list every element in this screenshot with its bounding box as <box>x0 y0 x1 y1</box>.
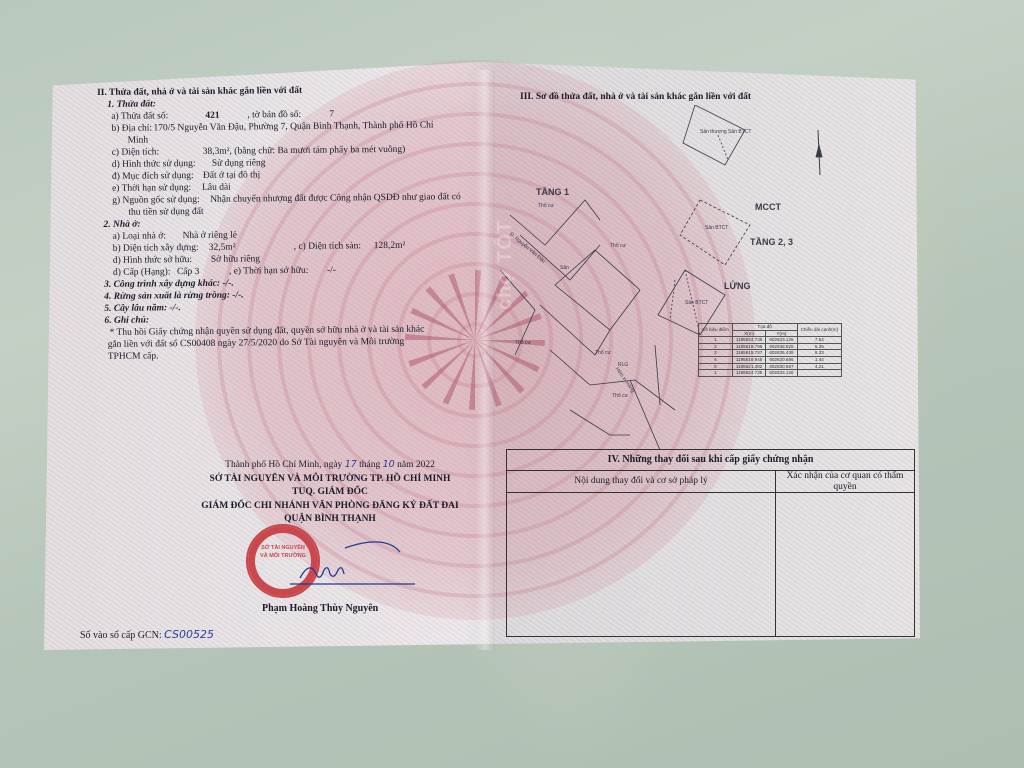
neighbor-label-3: Thổ cư <box>595 350 611 356</box>
house-type-value: Nhà ở riêng lẻ <box>183 231 237 242</box>
coord-cell-y: 602630.666 <box>766 356 797 363</box>
neighbor-label-2: Thổ cư <box>610 243 626 249</box>
floor-label-1: TẦNG 1 <box>536 187 569 197</box>
coord-cell-y: 602638.825 <box>766 343 797 350</box>
slab-label-roof: Sân thượng Sân BTCT <box>700 129 751 135</box>
sign-month: 10 <box>383 459 395 470</box>
coord-cell-x: 1195624.735 <box>732 370 765 377</box>
term-label: e) Thời hạn sử dụng: <box>112 183 191 194</box>
issuing-agency: SỞ TÀI NGUYÊN VÀ MÔI TRƯỜNG TP. HỒ CHÍ M… <box>150 473 510 487</box>
position-line-1: GIÁM ĐỐC CHI NHÁNH VĂN PHÒNG ĐĂNG KÝ ĐẤT… <box>150 500 510 514</box>
own-term-value: -/- <box>327 266 336 276</box>
floor-label-mcct: MCCT <box>755 202 781 212</box>
changes-table: IV. Những thay đổi sau khi cấp giấy chứn… <box>506 449 915 637</box>
coord-cell-point: 1 <box>699 370 733 377</box>
gcn-number: CS00525 <box>164 628 214 641</box>
coord-cell-x: 1195615.787 <box>732 350 765 357</box>
coord-cell-x: 1195621.382 <box>732 363 765 370</box>
parcel-number: 421 <box>205 111 219 121</box>
changes-title: IV. Những thay đổi sau khi cấp giấy chứn… <box>507 450 914 471</box>
coord-cell-point: 4 <box>699 356 733 363</box>
col-x: X(m) <box>732 330 765 337</box>
coord-cell-len: 6.33 <box>797 350 842 357</box>
month-label: tháng <box>359 460 380 470</box>
sign-day: 17 <box>345 459 357 470</box>
origin-value-cont: thu tiền sử dụng đất <box>128 207 203 218</box>
parcel-diagram: TẦNG 1 MCCT TẦNG 2, 3 LỬNG Sân thượng Sâ… <box>500 105 840 450</box>
coord-cell-y: 602635.439 <box>766 350 797 357</box>
signing-block: Thành phố Hồ Chí Minh, ngày 17 tháng 10 … <box>150 458 510 527</box>
signer-name: Phạm Hoàng Thùy Nguyên <box>262 603 378 614</box>
address-value-cont: Minh <box>128 135 149 145</box>
term-value: Lâu dài <box>202 183 231 193</box>
origin-value: Nhận chuyển nhượng đất được Công nhận QS… <box>210 192 461 205</box>
authority-line: TUQ. GIÁM ĐỐC <box>150 486 510 500</box>
slab-label-ground: Sân <box>560 265 569 271</box>
coord-row: 31195615.787602635.4396.33 <box>699 350 842 357</box>
coord-cell-point: 3 <box>699 350 733 357</box>
chotot-watermark: chợ TỐT <box>494 220 517 310</box>
grade-value: Cấp 3 <box>177 267 200 277</box>
map-sheet-number: 7 <box>329 110 334 120</box>
coord-row: 41195619.945602630.6661.44 <box>699 356 842 363</box>
ownership-label: d) Hình thức sở hữu: <box>113 255 192 266</box>
floor-area-value: 128,2m² <box>374 241 406 251</box>
grade-label: d) Cấp (Hạng): <box>113 267 171 278</box>
ownership-value: Sở hữu riêng <box>211 254 260 265</box>
slab-label-mcct: Sân BTCT <box>705 225 728 231</box>
header-divider <box>507 492 914 493</box>
coord-cell-x: 1195619.799 <box>732 343 765 350</box>
coord-cell-len: 4.21 <box>797 363 842 370</box>
changes-col-confirmation: Xác nhận của cơ quan có thẩm quyền <box>776 471 914 492</box>
coord-row: 21195619.799602638.8255.25 <box>699 343 842 350</box>
position-line-2: QUẬN BÌNH THẠNH <box>150 513 510 527</box>
coord-cell-y: 602633.126 <box>766 370 797 377</box>
coord-cell-len: 1.44 <box>797 356 842 363</box>
gcn-label: Số vào sổ cấp GCN: <box>80 630 162 641</box>
build-area-value: 32,5m² <box>209 243 236 253</box>
house-type-label: a) Loại nhà ở: <box>113 231 166 242</box>
changes-col-content: Nội dung thay đổi và cơ sở pháp lý <box>507 472 775 490</box>
gcn-register-row: Số vào sổ cấp GCN: CS00525 <box>80 628 214 641</box>
coord-cell-len: 7.54 <box>797 337 842 344</box>
coord-cell-point: 1 <box>699 337 733 344</box>
floor-label-2-3: TẦNG 2, 3 <box>750 237 793 247</box>
neighbor-label-5: Thổ cư <box>612 393 628 399</box>
coord-cell-x: 1195624.735 <box>732 337 765 344</box>
use-form-value: Sử dụng riêng <box>212 158 266 169</box>
parcel-plan-drawing <box>500 105 840 450</box>
purpose-label: đ) Mục đích sử dụng: <box>112 171 194 182</box>
neighbor-label-1: Thổ cư <box>538 203 554 209</box>
area-value: 38,3m², (bằng chữ: Ba mươi tám phẩy ba m… <box>203 145 406 157</box>
own-term-label: , e) Thời hạn sở hữu: <box>229 266 309 277</box>
coord-cell-x: 1195619.945 <box>732 356 765 363</box>
address-label: b) Địa chỉ: <box>111 123 152 133</box>
purpose-value: Đất ở tại đô thị <box>203 170 260 181</box>
coord-cell-point: 5 <box>699 363 733 370</box>
place-date-line: Thành phố Hồ Chí Minh, ngày 17 tháng 10 … <box>150 458 510 473</box>
neighbor-label-4: Thổ cư <box>515 340 531 346</box>
address-value: 170/5 Nguyễn Văn Đậu, Phường 7, Quận Bìn… <box>153 120 433 133</box>
coord-row: 11195624.735602633.1267.54 <box>699 337 842 344</box>
col-length: Chiều dài cạnh(m) <box>797 324 842 337</box>
floor-label-mezzanine: LỬNG <box>724 281 750 291</box>
year-label: năm 2022 <box>397 460 435 470</box>
origin-label: g) Nguồn gốc sử dụng: <box>112 195 200 206</box>
col-point: Số hiệu điểm <box>699 324 733 337</box>
coord-row: 11195624.735602633.126 <box>699 370 842 377</box>
coord-cell-len: 5.25 <box>797 343 842 350</box>
boundary-label: RLG <box>618 362 628 368</box>
land-info-section: II. Thửa đất, nhà ở và tài sản khác gắn … <box>97 84 490 364</box>
map-sheet-label: , tờ bản đồ số: <box>247 110 301 121</box>
coord-cell-y: 602633.126 <box>766 337 797 344</box>
coord-row: 51195621.382602630.5874.21 <box>699 363 842 370</box>
section-iii-title: III. Sơ đồ thửa đất, nhà ở và tài sản kh… <box>520 92 751 102</box>
coordinate-table: Số hiệu điểm Tọa độ Chiều dài cạnh(m) X(… <box>698 323 842 377</box>
build-area-label: b) Diện tích xây dựng: <box>113 243 199 254</box>
coord-cell-point: 2 <box>699 343 733 350</box>
place-date-prefix: Thành phố Hồ Chí Minh, ngày <box>225 460 342 470</box>
area-label: c) Diện tích: <box>112 147 160 157</box>
col-y: Y(m) <box>766 330 797 337</box>
coord-cell-y: 602630.587 <box>766 363 797 370</box>
coord-cell-len <box>797 370 842 377</box>
parcel-number-label: a) Thửa đất số: <box>111 111 168 122</box>
col-coords: Tọa độ <box>732 324 797 331</box>
use-form-label: d) Hình thức sử dụng: <box>112 159 196 170</box>
slab-label-mezzanine: Sân BTCT <box>685 300 708 306</box>
column-divider <box>775 470 776 636</box>
floor-area-label: , c) Diện tích sàn: <box>294 241 361 252</box>
signature-icon <box>290 540 420 590</box>
